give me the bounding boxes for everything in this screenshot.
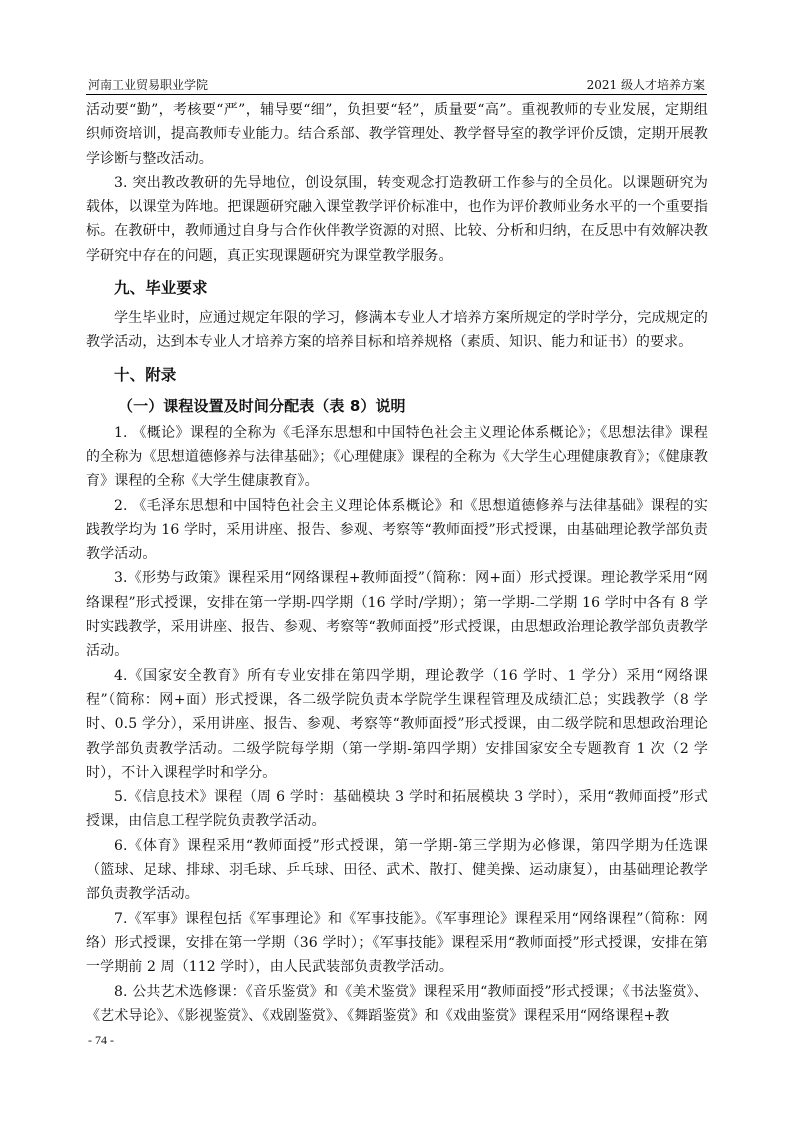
list-item: 4.《国家安全教育》所有专业安排在第四学期，理论教学（16 学时、1 学分）采用… xyxy=(86,664,708,785)
list-item: 8. 公共艺术选修课：《音乐鉴赏》和《美术鉴赏》课程采用“教师面授”形式授课；《… xyxy=(86,980,708,1029)
list-item: 6.《体育》课程采用“教师面授”形式授课，第一学期-第三学期为必修课，第四学期为… xyxy=(86,834,708,907)
list-item: 7.《军事》课程包括《军事理论》和《军事技能》。《军事理论》课程采用“网络课程”… xyxy=(86,907,708,980)
paragraph-graduation-requirements: 学生毕业时，应通过规定年限的学习，修满本专业人才培养方案所规定的学时学分，完成规… xyxy=(86,306,708,355)
list-item: 3.《形势与政策》课程采用“网络课程+教师面授”（简称：网+面）形式授课。理论教… xyxy=(86,566,708,663)
list-item: 1. 《概论》课程的全称为《毛泽东思想和中国特色社会主义理论体系概论》；《思想法… xyxy=(86,421,708,494)
header-institution: 河南工业贸易职业学院 xyxy=(88,76,208,93)
page-body: 活动要“勤”，考核要“严”，辅导要“细”，负担要“轻”，质量要“高”。重视教师的… xyxy=(86,98,708,1028)
paragraph-continued: 活动要“勤”，考核要“严”，辅导要“细”，负担要“轻”，质量要“高”。重视教师的… xyxy=(86,98,708,171)
paragraph-item-3-teaching-research: 3. 突出教改教研的先导地位，创设氛围，转变观念打造教研工作参与的全员化。以课题… xyxy=(86,171,708,268)
list-item: 5.《信息技术》课程（周 6 学时：基础模块 3 学时和拓展模块 3 学时），采… xyxy=(86,785,708,834)
page-header: 河南工业贸易职业学院 2021 级人才培养方案 xyxy=(86,74,707,95)
page-number: - 74 - xyxy=(88,1033,114,1048)
subsection-heading-course-schedule: （一）课程设置及时间分配表（表 8）说明 xyxy=(86,393,708,419)
header-doc-title: 2021 级人才培养方案 xyxy=(587,76,705,93)
list-item: 2. 《毛泽东思想和中国特色社会主义理论体系概论》和《思想道德修养与法律基础》课… xyxy=(86,494,708,567)
section-heading-appendix: 十、附录 xyxy=(86,362,708,388)
section-heading-graduation-requirements: 九、毕业要求 xyxy=(86,275,708,301)
